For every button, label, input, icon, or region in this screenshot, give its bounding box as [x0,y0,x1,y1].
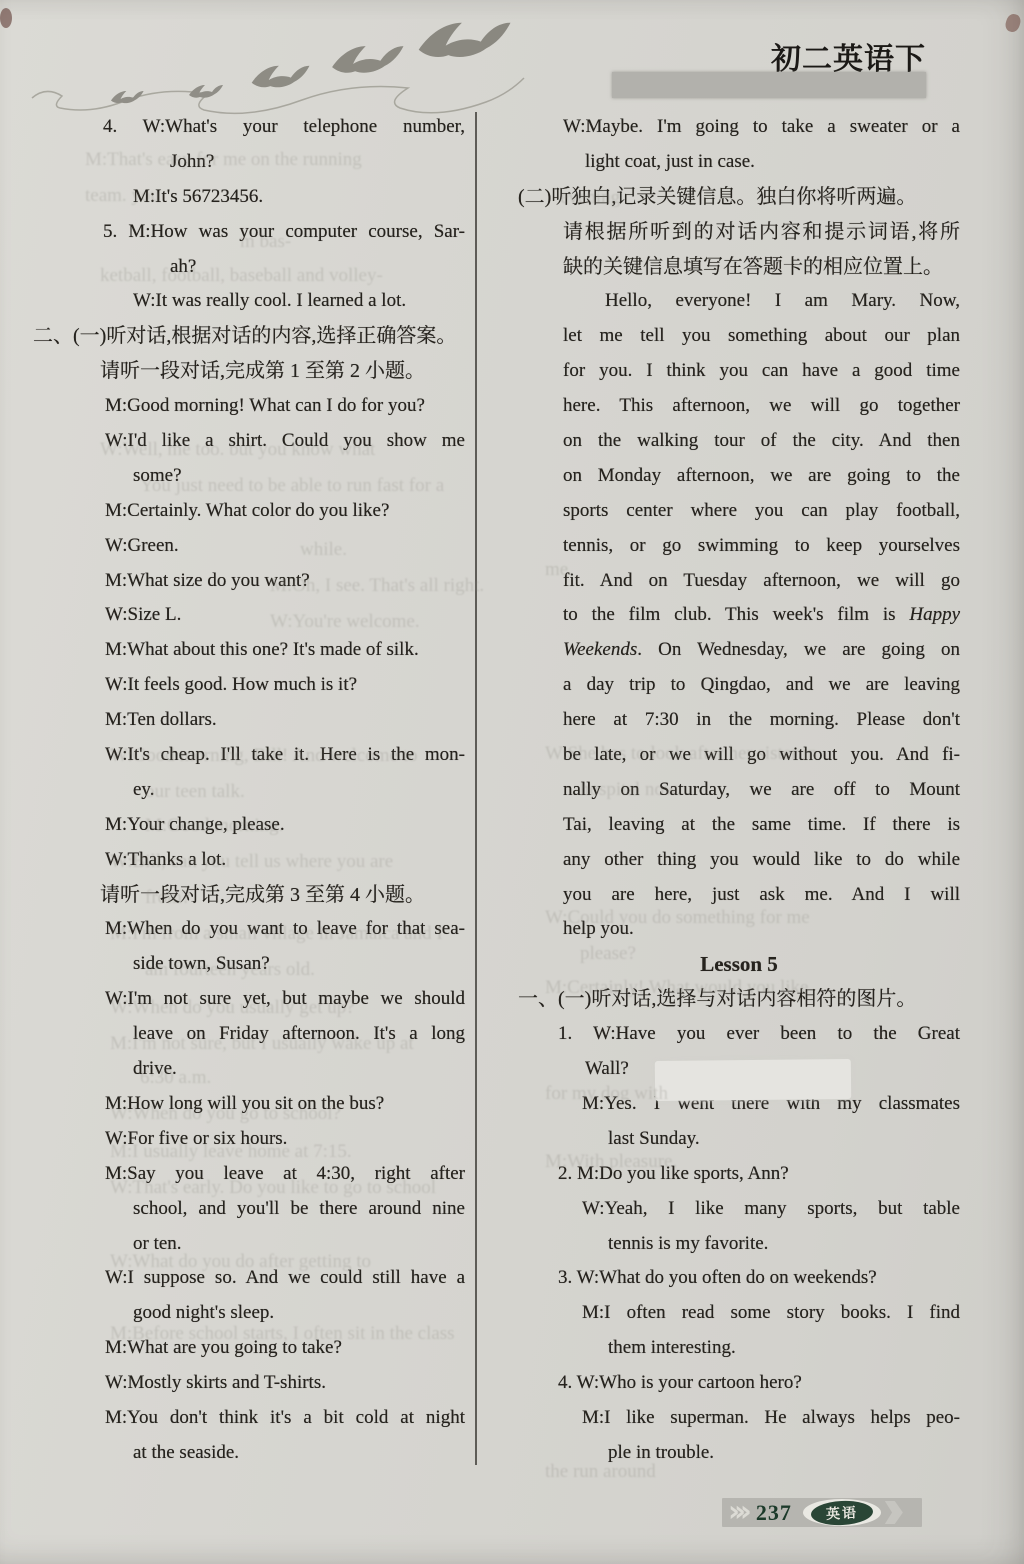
transcript-line: at the seaside. [133,1436,465,1471]
transcript-line: M:What are you going to take? [105,1331,465,1366]
transcript-line: 4. W:Who is your cartoon hero? [558,1366,960,1401]
transcript-line: M:How long will you sit on the bus? [105,1087,465,1122]
transcript-line: 5. M:How was your computer course, Sar- [103,215,465,250]
transcript-line: W:Size L. [105,598,465,633]
transcript-line: M:You don't think it's a bit cold at nig… [105,1401,465,1436]
transcript-line: W:I'd like a shirt. Could you show me [105,424,465,459]
transcript-line: them interesting. [608,1331,960,1366]
transcript-line: to the film club. This week's film is Ha… [563,598,960,633]
transcript-line: here. This afternoon, we will go togethe… [563,389,960,424]
transcript-line: M:Certainly. What color do you like? [105,494,465,529]
transcript-line: W:It was really cool. I learned a lot. [133,284,465,319]
transcript-line: 请根据所听到的对话内容和提示词语,将所 [563,215,960,250]
transcript-line: 3. W:What do you often do on weekends? [558,1261,960,1296]
transcript-line: M:What about this one? It's made of silk… [105,633,465,668]
transcript-line: 4. W:What's your telephone number, [103,110,465,145]
transcript-line: 2. M:Do you like sports, Ann? [558,1157,960,1192]
transcript-line: M:I like superman. He always helps peo- [582,1401,960,1436]
transcript-line: Lesson 5 [518,947,960,982]
transcript-line: W:Thanks a lot. [105,843,465,878]
transcript-line: M:What size do you want? [105,564,465,599]
transcript-line: 1. W:Have you ever been to the Great [558,1017,960,1052]
transcript-line: 缺的关键信息填写在答题卡的相应位置上。 [563,250,960,285]
transcript-line: on the walking tour of the city. And the… [563,424,960,459]
transcript-line: side town, Susan? [133,947,465,982]
transcript-line: school, and you'll be there around nine [133,1192,465,1227]
transcript-line: some? [133,459,465,494]
transcript-line: good night's sleep. [133,1296,465,1331]
left-column: 4. W:What's your telephone number,John?M… [33,110,465,1471]
transcript-line: tennis, or go swimming to keep yourselve… [563,529,960,564]
transcript-line: last Sunday. [608,1122,960,1157]
transcript-line: tennis is my favorite. [608,1227,960,1262]
transcript-line: ah? [170,250,465,285]
transcript-line: a day trip to Qingdao, and we are leavin… [563,668,960,703]
scan-artifact-right [1004,12,1023,33]
right-column: W:Maybe. I'm going to take a sweater or … [518,110,960,1471]
transcript-line: M:Ten dollars. [105,703,465,738]
transcript-line: fit. And on Tuesday afternoon, we will g… [563,564,960,599]
transcript-line: John? [170,145,465,180]
transcript-line: be late, or we will go without you. And … [563,738,960,773]
transcript-line: W:Maybe. I'm going to take a sweater or … [563,110,960,145]
transcript-line: 请听一段对话,完成第 3 至第 4 小题。 [100,878,465,913]
transcript-line: W:I suppose so. And we could still have … [105,1261,465,1296]
transcript-line: W:It feels good. How much is it? [105,668,465,703]
correction-patch [655,1059,851,1101]
flying-birds-icon [28,12,533,117]
transcript-line: Hello, everyone! I am Mary. Now, [605,284,960,319]
transcript-line: drive. [133,1052,465,1087]
transcript-line: (二)听独白,记录关键信息。独白你将听两遍。 [518,180,960,215]
transcript-line: 一、(一)听对话,选择与对话内容相符的图片。 [518,982,960,1017]
page-number: 237 [756,1500,792,1526]
transcript-line: 请听一段对话,完成第 1 至第 2 小题。 [100,354,465,389]
transcript-line: M:When do you want to leave for that sea… [105,912,465,947]
transcript-line: here at 7:30 in the morning. Please don'… [563,703,960,738]
column-divider [475,112,477,1465]
transcript-line: let me tell you something about our plan [563,319,960,354]
transcript-line: nally on Saturday, we are off to Mount [563,773,960,808]
subject-badge: 英语 [810,1499,873,1526]
transcript-line: W:Green. [105,529,465,564]
scan-artifact-left [0,8,12,28]
transcript-line: Tai, leaving at the same time. If there … [563,808,960,843]
transcript-line: leave on Friday afternoon. It's a long [133,1017,465,1052]
transcript-line: light coat, just in case. [585,145,960,180]
transcript-line: W:Yeah, I like many sports, but table [582,1192,960,1227]
header-divider-bar [612,72,926,98]
transcript-line: Weekends. On Wednesday, we are going on [563,633,960,668]
transcript-line: on Monday afternoon, we are going to the [563,459,960,494]
transcript-line: M:Good morning! What can I do for you? [105,389,465,424]
transcript-line: you are here, just ask me. And I will [563,878,960,913]
transcript-line: M:I often read some story books. I find [582,1296,960,1331]
transcript-line: ple in trouble. [608,1436,960,1471]
transcript-line: W:It's cheap. I'll take it. Here is the … [105,738,465,773]
transcript-line: for you. I think you can have a good tim… [563,354,960,389]
footer-chevrons-icon: ››› [728,1498,746,1524]
transcript-line: sports center where you can play footbal… [563,494,960,529]
transcript-line: help you. [563,912,960,947]
footer-arrow-icon [885,1501,903,1524]
transcript-line: W:Mostly skirts and T-shirts. [105,1366,465,1401]
transcript-line: M:Your change, please. [105,808,465,843]
subject-badge-ellipse: 英语 [803,1499,881,1526]
transcript-line: W:I'm not sure yet, but maybe we should [105,982,465,1017]
transcript-line: ey. [133,773,465,808]
transcript-line: 二、(一)听对话,根据对话的内容,选择正确答案。 [33,319,465,354]
transcript-line: W:For five or six hours. [105,1122,465,1157]
page-footer-banner: ››› 237 英语 [722,1498,922,1527]
page: 初二英语下 4. W:What's your telephone number,… [0,0,1024,1564]
transcript-line: any other thing you would like to do whi… [563,843,960,878]
transcript-line: or ten. [133,1227,465,1262]
transcript-line: M:Say you leave at 4:30, right after [105,1157,465,1192]
transcript-line: M:It's 56723456. [133,180,465,215]
